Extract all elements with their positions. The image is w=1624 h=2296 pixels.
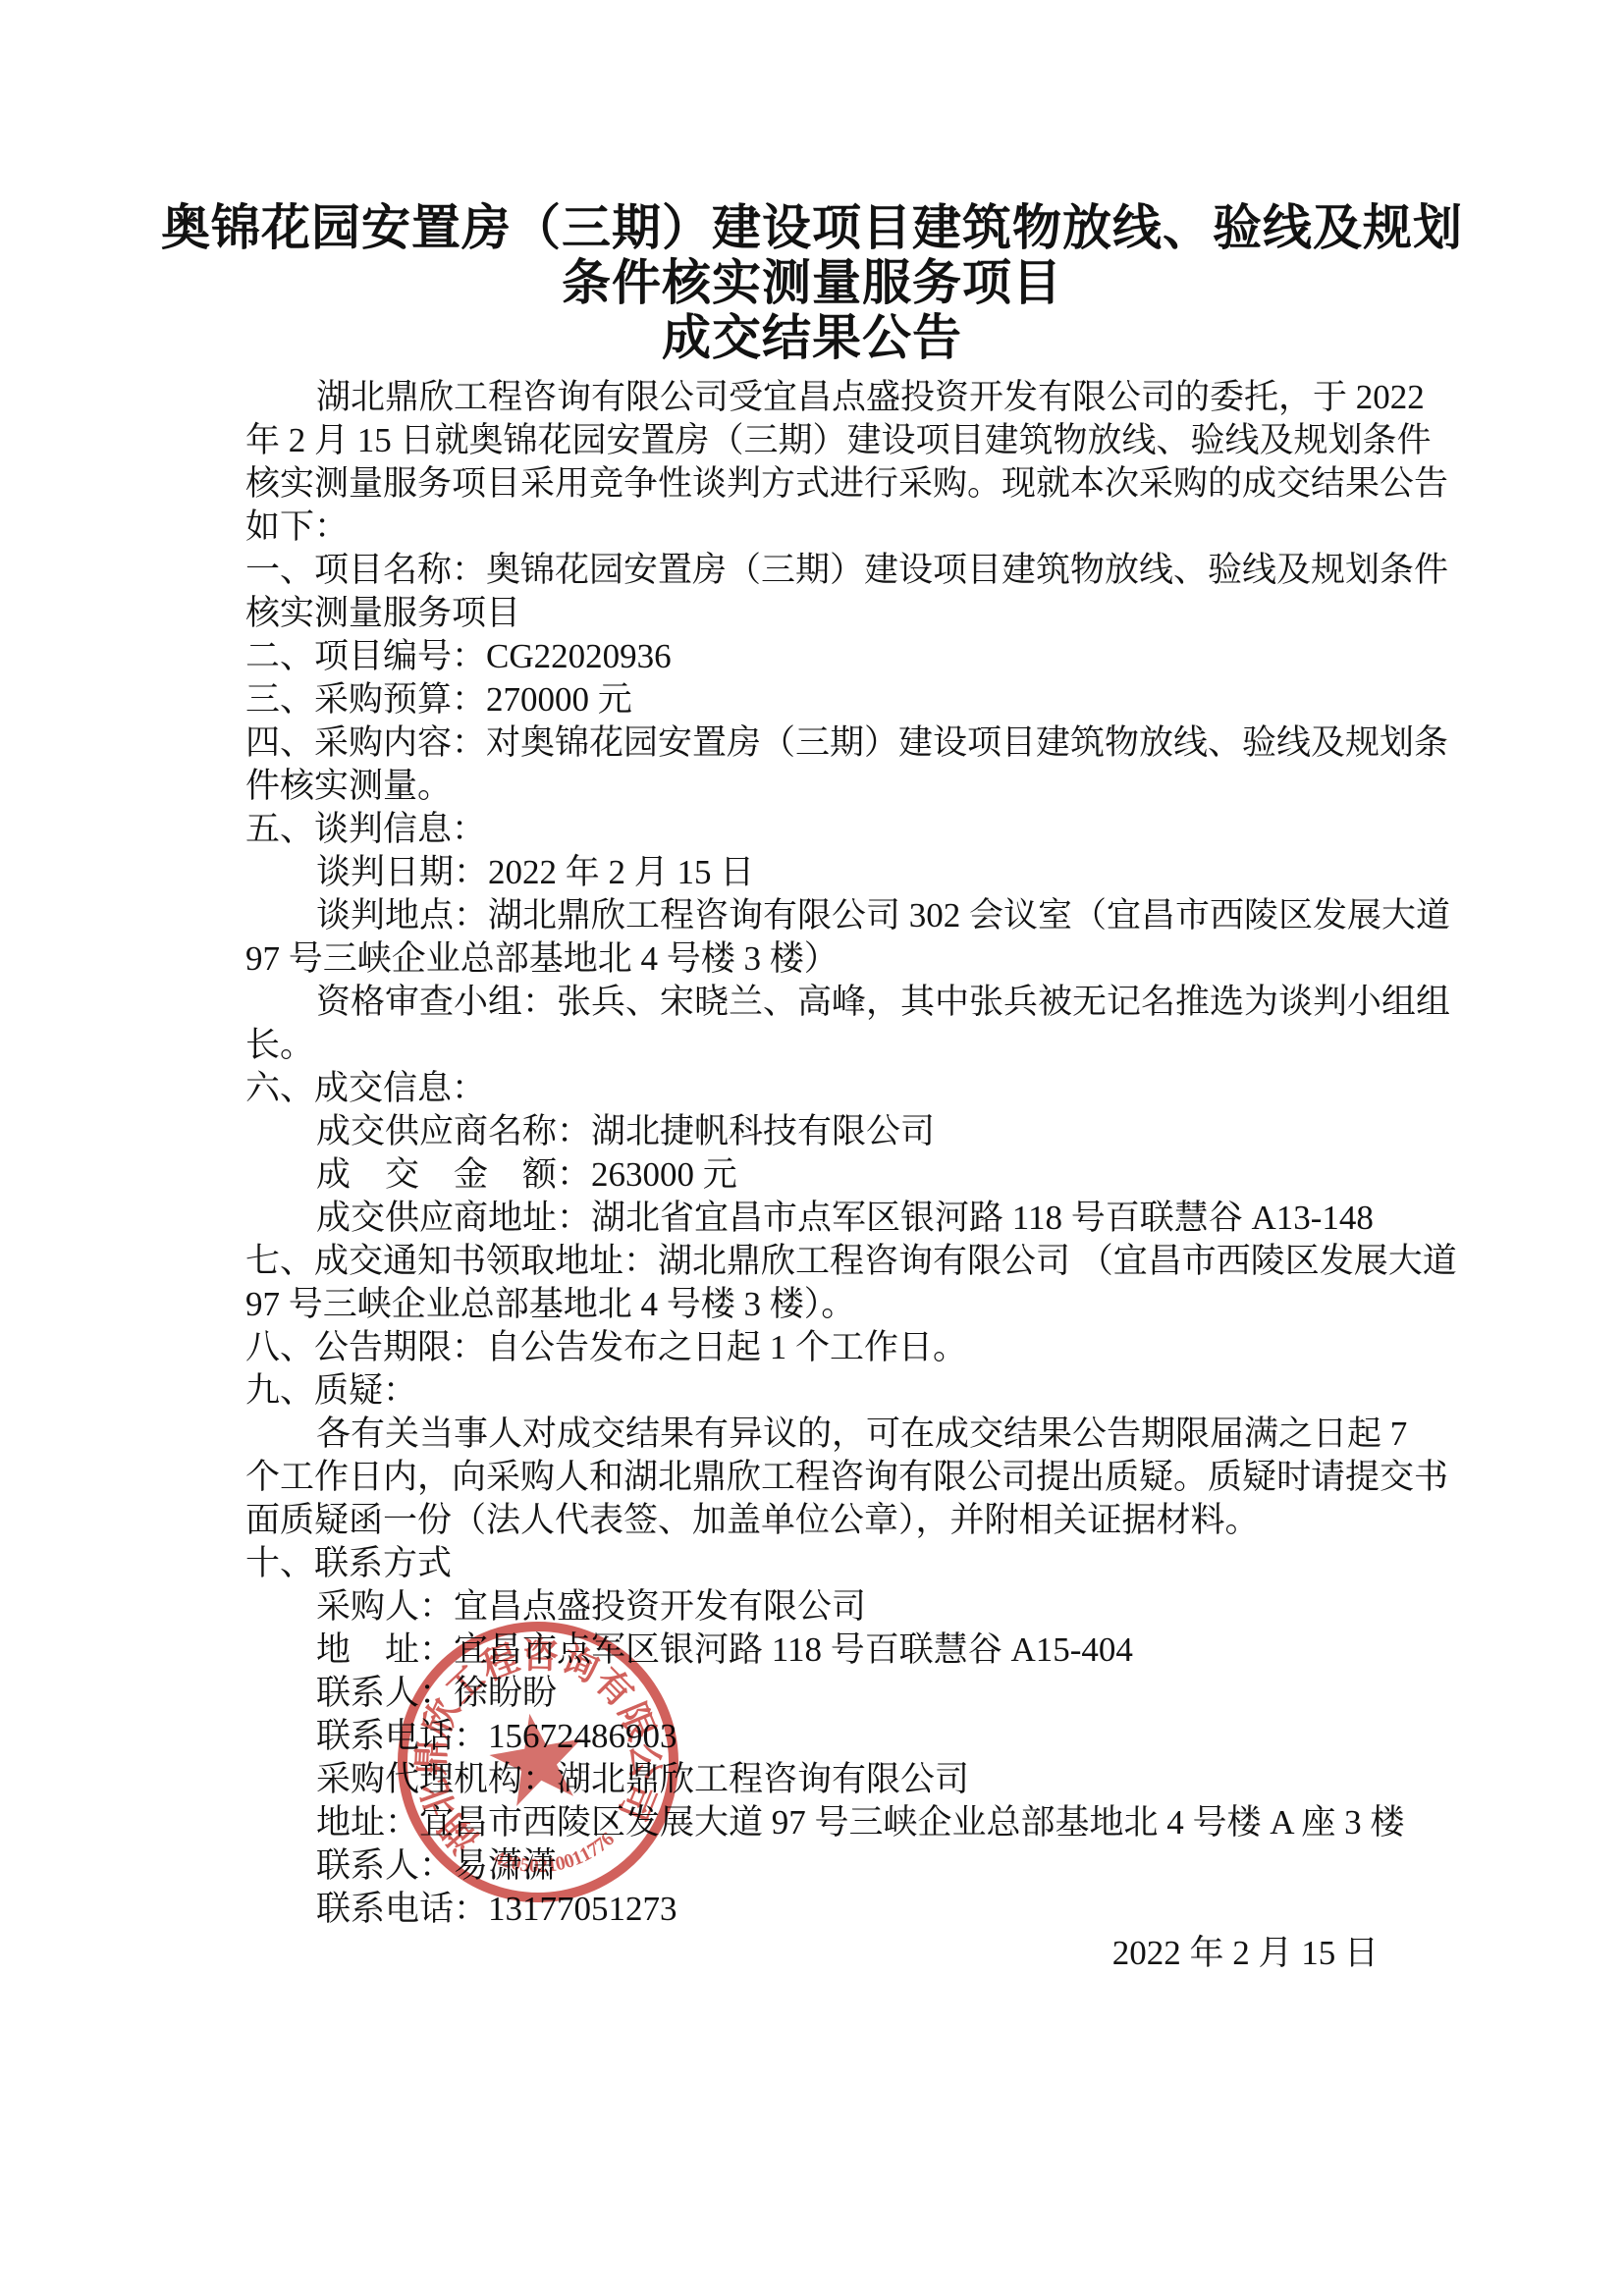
svg-text:咨: 咨 — [521, 1635, 559, 1678]
body-line: 长。 — [245, 1024, 1379, 1067]
body-line: 六、成交信息： — [245, 1067, 1379, 1110]
title-line-1: 奥锦花园安置房（三期）建设项目建筑物放线、验线及规划 — [0, 200, 1624, 255]
document-page: 奥锦花园安置房（三期）建设项目建筑物放线、验线及规划 条件核实测量服务项目 成交… — [0, 0, 1624, 2296]
seal-star-icon — [483, 1705, 590, 1809]
body-line: 成交供应商地址：湖北省宜昌市点军区银河路 118 号百联慧谷 A13-148 — [245, 1197, 1379, 1240]
body-line: 核实测量服务项目采用竞争性谈判方式进行采购。现就本次采购的成交结果公告 — [245, 462, 1379, 506]
body-line: 核实测量服务项目 — [245, 592, 1379, 635]
body-line: 谈判日期：2022 年 2 月 15 日 — [245, 851, 1379, 894]
body-line: 如下： — [245, 506, 1379, 549]
body-line: 九、质疑： — [245, 1369, 1379, 1413]
body-line: 八、公告期限：自公告发布之日起 1 个工作日。 — [245, 1326, 1379, 1369]
body-line: 五、谈判信息： — [245, 808, 1379, 851]
body-line: 七、成交通知书领取地址：湖北鼎欣工程咨询有限公司 （宜昌市西陵区发展大道 — [245, 1240, 1379, 1283]
body-line: 件核实测量。 — [245, 765, 1379, 808]
svg-text:司: 司 — [611, 1777, 663, 1826]
body-line: 十、联系方式 — [245, 1542, 1379, 1585]
body-line: 97 号三峡企业总部基地北 4 号楼 3 楼）。 — [245, 1283, 1379, 1326]
body-line: 成交供应商名称：湖北捷帆科技有限公司 — [245, 1110, 1379, 1153]
body-line: 一、项目名称：奥锦花园安置房（三期）建设项目建筑物放线、验线及规划条件 — [245, 549, 1379, 592]
body-line: 成 交 金 额：263000 元 — [245, 1153, 1379, 1197]
body-line: 年 2 月 15 日就奥锦花园安置房（三期）建设项目建筑物放线、验线及规划条件 — [245, 419, 1379, 462]
body-line: 面质疑函一份（法人代表签、加盖单位公章），并附相关证据材料。 — [245, 1499, 1379, 1542]
body-line: 三、采购预算：270000 元 — [245, 678, 1379, 721]
body-line: 湖北鼎欣工程咨询有限公司受宜昌点盛投资开发有限公司的委托，于 2022 — [245, 376, 1379, 419]
document-title: 奥锦花园安置房（三期）建设项目建筑物放线、验线及规划 条件核实测量服务项目 成交… — [0, 200, 1624, 365]
body-line: 97 号三峡企业总部基地北 4 号楼 3 楼） — [245, 937, 1379, 981]
svg-text:鼎: 鼎 — [410, 1738, 453, 1777]
title-line-3: 成交结果公告 — [0, 310, 1624, 365]
official-seal: 湖北鼎欣工程咨询有限公司 42050210011776 — [381, 1605, 695, 1919]
body-line: 谈判地点：湖北鼎欣工程咨询有限公司 302 会议室（宜昌市西陵区发展大道 — [245, 894, 1379, 937]
svg-text:公: 公 — [623, 1743, 664, 1780]
body-line: 二、项目编号：CG22020936 — [245, 635, 1379, 678]
body-line: 资格审查小组：张兵、宋晓兰、高峰，其中张兵被无记名推选为谈判小组组 — [245, 981, 1379, 1024]
date-line: 2022 年 2 月 15 日 — [245, 1932, 1379, 1975]
body-line: 个工作日内，向采购人和湖北鼎欣工程咨询有限公司提出质疑。质疑时请提交书 — [245, 1456, 1379, 1499]
body-line: 四、采购内容：对奥锦花园安置房（三期）建设项目建筑物放线、验线及规划条 — [245, 721, 1379, 765]
title-line-2: 条件核实测量服务项目 — [0, 255, 1624, 310]
body-line: 各有关当事人对成交结果有异议的，可在成交结果公告期限届满之日起 7 — [245, 1413, 1379, 1456]
